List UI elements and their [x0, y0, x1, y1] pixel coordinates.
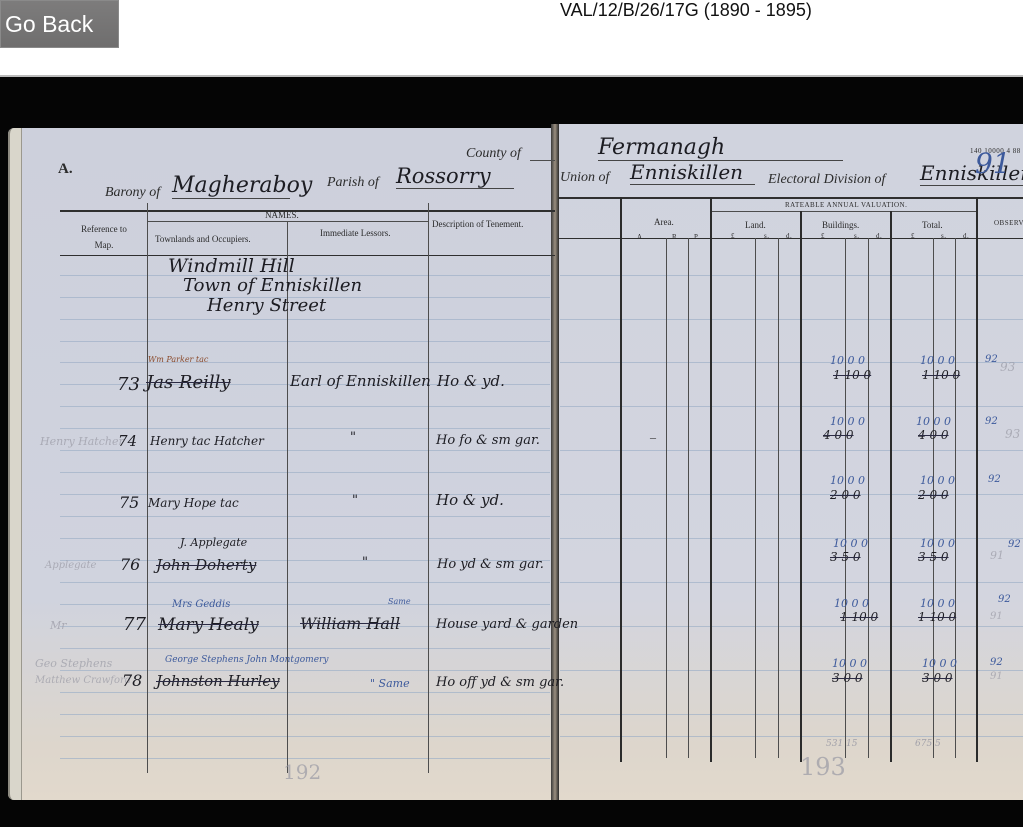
col-divider — [868, 238, 869, 758]
lessor: William Hall — [300, 614, 400, 633]
col-divider — [620, 197, 622, 762]
total-new: 10 0 0 — [920, 597, 955, 610]
barony-value: Magheraboy — [172, 173, 290, 199]
header-rule-right — [558, 197, 1023, 199]
observation: 91 — [990, 549, 1004, 562]
right-page — [556, 124, 1023, 800]
area-dash: – — [650, 430, 656, 445]
observation: 91 — [990, 611, 1003, 622]
row-ref: 73 — [117, 374, 140, 395]
description: Ho yd & sm gar. — [437, 557, 544, 572]
description: Ho & yd. — [436, 491, 504, 509]
area-unit-a: A. — [637, 233, 645, 241]
land-pounds: £ — [731, 232, 735, 240]
barony-label: Barony of — [105, 185, 160, 201]
row-ref: 76 — [120, 555, 140, 574]
lessor-correction: Same — [388, 597, 411, 606]
occupier: Henry tac Hatcher — [150, 434, 264, 448]
land-pence: d. — [786, 232, 792, 240]
col-divider — [755, 238, 756, 758]
lessor: " — [350, 430, 356, 445]
col-header-area: Area. — [654, 217, 674, 227]
buildings-new: 10 0 0 — [830, 415, 865, 428]
buildings-new: 10 0 0 — [830, 354, 865, 367]
col-divider — [890, 211, 892, 762]
description: House yard & garden — [436, 617, 578, 632]
row-ref: 78 — [122, 671, 142, 690]
occupier: John Doherty — [156, 556, 256, 574]
row-ref: 75 — [119, 493, 139, 512]
union-value: Enniskillen — [630, 160, 755, 185]
lessor: " — [352, 493, 358, 508]
buildings-new: 10 0 0 — [833, 537, 868, 550]
total-new: 10 0 0 — [916, 415, 951, 428]
total-new: 10 0 0 — [920, 537, 955, 550]
observation: 91 — [990, 671, 1003, 682]
observation: 92 — [985, 354, 998, 365]
col-header-total: Total. — [922, 220, 943, 230]
column-header-bottom-left — [60, 255, 555, 256]
row-ref: 77 — [123, 614, 146, 635]
occupier-correction: Mrs Geddis — [172, 599, 230, 610]
col-divider — [778, 238, 779, 758]
location-line-1: Windmill Hill — [168, 255, 295, 277]
total-old: 4 0 0 — [918, 428, 949, 442]
go-back-button[interactable]: Go Back — [0, 0, 119, 48]
left-page-number: 192 — [283, 760, 321, 784]
total-old: 3 0 0 — [922, 671, 953, 685]
area-unit-r: R. — [672, 233, 679, 241]
occupier: Jas Reilly — [146, 372, 231, 393]
col-divider — [710, 197, 712, 762]
total-old: 2 0 0 — [918, 488, 949, 502]
county-label: County of — [466, 146, 521, 162]
col-header-observations: Observations — [994, 219, 1023, 227]
county-value: Fermanagh — [598, 135, 843, 161]
sheet-number: 91 — [975, 147, 1011, 180]
col-header-description: Description of Tenement. — [432, 219, 523, 229]
buildings-old: 3 0 0 — [832, 671, 863, 685]
col-divider — [428, 203, 429, 773]
buildings-pounds: £ — [821, 232, 825, 240]
buildings-new: 10 0 0 — [832, 657, 867, 670]
observation: 92 — [990, 657, 1003, 668]
lessor: " Same — [370, 677, 410, 690]
col-header-lessors: Immediate Lessors. — [320, 228, 390, 238]
top-bar: Go Back VAL/12/B/26/17G (1890 - 1895) — [0, 0, 1023, 76]
buildings-old: 1 10 0 — [840, 610, 878, 624]
parish-value: Rossorry — [396, 164, 514, 189]
total-new: 10 0 0 — [920, 354, 955, 367]
observation: 93 — [1000, 360, 1015, 374]
county-underline — [530, 160, 555, 161]
col-header-townlands: Townlands and Occupiers. — [155, 234, 251, 244]
col-header-buildings: Buildings. — [822, 220, 859, 230]
col-header-land: Land. — [745, 220, 766, 230]
total-old: 3 5 0 — [918, 550, 949, 564]
col-divider — [800, 211, 802, 762]
col-divider — [666, 238, 667, 758]
document-reference: VAL/12/B/26/17G (1890 - 1895) — [560, 0, 812, 20]
col-divider — [955, 238, 956, 758]
observation: 92 — [1008, 539, 1021, 550]
row-ref: 74 — [118, 432, 137, 450]
document-image-viewer[interactable]: A. Barony of Magheraboy Parish of Rossor… — [0, 77, 1023, 827]
total-old: 1 10 0 — [922, 368, 960, 382]
grand-total: 675 5 — [915, 739, 941, 749]
names-subrule — [148, 221, 428, 222]
location-line-2: Town of Enniskillen — [183, 275, 362, 296]
header-rule-left — [60, 210, 555, 212]
total-new: 10 0 0 — [922, 657, 957, 670]
observation: 92 — [985, 416, 998, 427]
col-header-reference-to-map: Reference to Map. — [78, 221, 130, 253]
location-line-3: Henry Street — [207, 295, 326, 316]
occupier-correction: George Stephens John Montgomery — [165, 655, 328, 665]
occupier-correction: J. Applegate — [180, 536, 247, 549]
buildings-new: 10 0 0 — [834, 597, 869, 610]
book-spine — [551, 124, 559, 800]
total-shillings: s. — [941, 232, 946, 240]
total-old: 1 10 0 — [918, 610, 956, 624]
occupier: Mary Healy — [158, 615, 259, 635]
buildings-new: 10 0 0 — [830, 474, 865, 487]
description: Ho fo & sm gar. — [436, 433, 540, 448]
right-page-number: 193 — [800, 753, 846, 781]
description: Ho & yd. — [437, 372, 505, 390]
area-unit-p: P. — [694, 233, 700, 241]
observation: 93 — [1005, 427, 1020, 441]
buildings-old: 3 5 0 — [830, 550, 861, 564]
lessor: " — [362, 555, 368, 570]
lessor: Earl of Enniskillen — [290, 372, 431, 390]
section-letter: A. — [58, 161, 73, 178]
buildings-old: 4 0 0 — [823, 428, 854, 442]
valuation-subrule — [710, 211, 976, 212]
col-header-names: NAMES. — [265, 210, 299, 220]
total-pounds: £ — [911, 232, 915, 240]
total-pence: d. — [963, 232, 969, 240]
occupier: Mary Hope tac — [148, 496, 239, 510]
occupier-correction: Wm Parker tac — [148, 355, 208, 364]
col-divider — [688, 238, 689, 758]
buildings-total: 531 15 — [826, 739, 858, 749]
buildings-pence: d. — [876, 232, 882, 240]
land-shillings: s. — [764, 232, 769, 240]
col-divider — [147, 203, 148, 773]
observation: 92 — [988, 474, 1001, 485]
union-label: Union of — [560, 170, 609, 186]
buildings-shillings: s. — [854, 232, 859, 240]
buildings-old: 2 0 0 — [830, 488, 861, 502]
occupier: Johnston Hurley — [156, 672, 280, 690]
page-edge — [8, 128, 22, 800]
electoral-division-label: Electoral Division of — [768, 172, 885, 188]
observation: 92 — [998, 594, 1011, 605]
description: Ho off yd & sm gar. — [436, 675, 564, 690]
total-new: 10 0 0 — [920, 474, 955, 487]
buildings-old: 1 10 0 — [833, 368, 871, 382]
col-header-valuation: Rateable Annual Valuation. — [785, 201, 907, 209]
col-divider — [976, 197, 978, 762]
parish-label: Parish of — [327, 175, 379, 191]
